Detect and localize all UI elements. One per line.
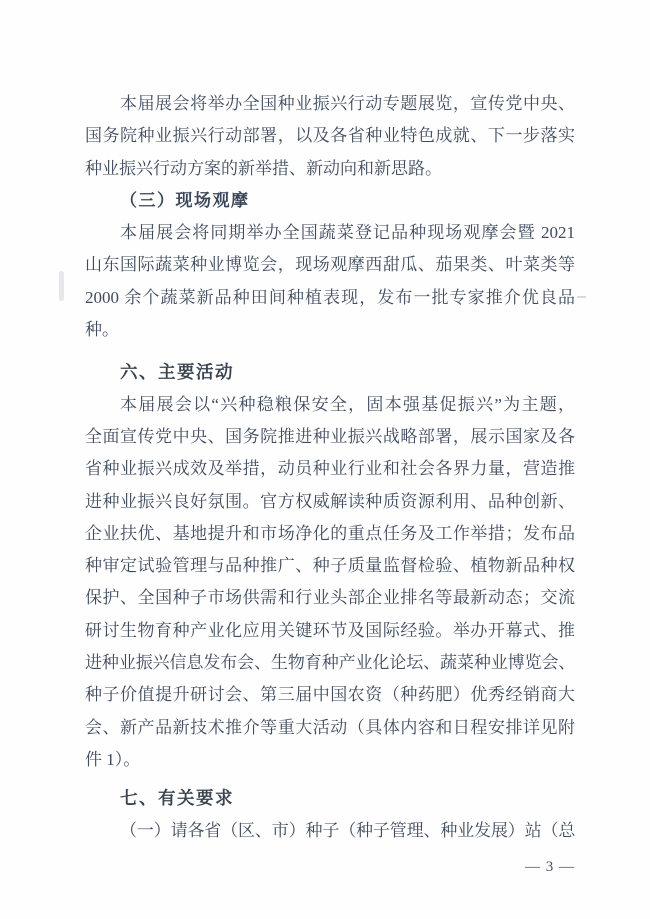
paragraph-line: 种子价值提升研讨会、第三届中国农资（种药肥）优秀经销商大 <box>85 679 575 711</box>
paragraph-line: 进种业振兴信息发布会、生物育种产业化论坛、蔬菜种业博览会、 <box>85 647 575 679</box>
section-heading-onsite-observation: （三）现场观摩 <box>85 185 575 217</box>
scan-artifact-dash <box>577 296 586 298</box>
paragraph-line: 进种业振兴良好氛围。官方权威解读种质资源利用、品种创新、 <box>85 486 575 518</box>
paragraph-line: 企业扶优、基地提升和市场净化的重点任务及工作举措；发布品 <box>85 518 575 550</box>
paragraph-line: 省种业振兴成效及举措，动员种业行业和社会各界力量，营造推 <box>85 453 575 485</box>
document-page: 本届展会将举办全国种业振兴行动专题展览，宣传党中央、 国务院种业振兴行动部署，以… <box>0 0 650 919</box>
paragraph-line: 保护、全国种子市场供需和行业头部企业排名等最新动态；交流 <box>85 582 575 614</box>
paragraph-line: （一）请各省（区、市）种子（种子管理、种业发展）站（总 <box>85 815 575 847</box>
paragraph-line: 本届展会将同期举办全国蔬菜登记品种现场观摩会暨 2021 <box>85 217 575 249</box>
paragraph-line: 会、新产品新技术推介等重大活动（具体内容和日程安排详见附 <box>85 712 575 744</box>
paragraph-line: 2000 余个蔬菜新品种田间种植表现，发布一批专家推介优良品 <box>85 282 575 314</box>
text-block: 本届展会将举办全国种业振兴行动专题展览，宣传党中央、 国务院种业振兴行动部署，以… <box>85 88 575 883</box>
paragraph-line: 种审定试验管理与品种推广、种子质量监督检验、植物新品种权 <box>85 550 575 582</box>
paragraph-line: 全面宣传党中央、国务院推进种业振兴战略部署，展示国家及各 <box>85 421 575 453</box>
scan-artifact-left-edge <box>59 271 64 301</box>
section-heading-main-activities: 六、主要活动 <box>85 356 575 388</box>
paragraph-line: 本届展会将举办全国种业振兴行动专题展览，宣传党中央、 <box>85 88 575 120</box>
section-heading-requirements: 七、有关要求 <box>85 782 575 814</box>
paragraph-line: 种。 <box>85 314 575 346</box>
paragraph-line: 本届展会以“兴种稳粮保安全，固本强基促振兴”为主题， <box>85 389 575 421</box>
paragraph-line: 山东国际蔬菜种业博览会，现场观摩西甜瓜、茄果类、叶菜类等 <box>85 249 575 281</box>
paragraph-line: 种业振兴行动方案的新举措、新动向和新思路。 <box>85 153 575 185</box>
paragraph-line: 件 1）。 <box>85 744 575 776</box>
page-number: — 3 — <box>85 851 575 883</box>
paragraph-line: 研讨生物育种产业化应用关键环节及国际经验。举办开幕式、推 <box>85 615 575 647</box>
paragraph-line: 国务院种业振兴行动部署，以及各省种业特色成就、下一步落实 <box>85 120 575 152</box>
